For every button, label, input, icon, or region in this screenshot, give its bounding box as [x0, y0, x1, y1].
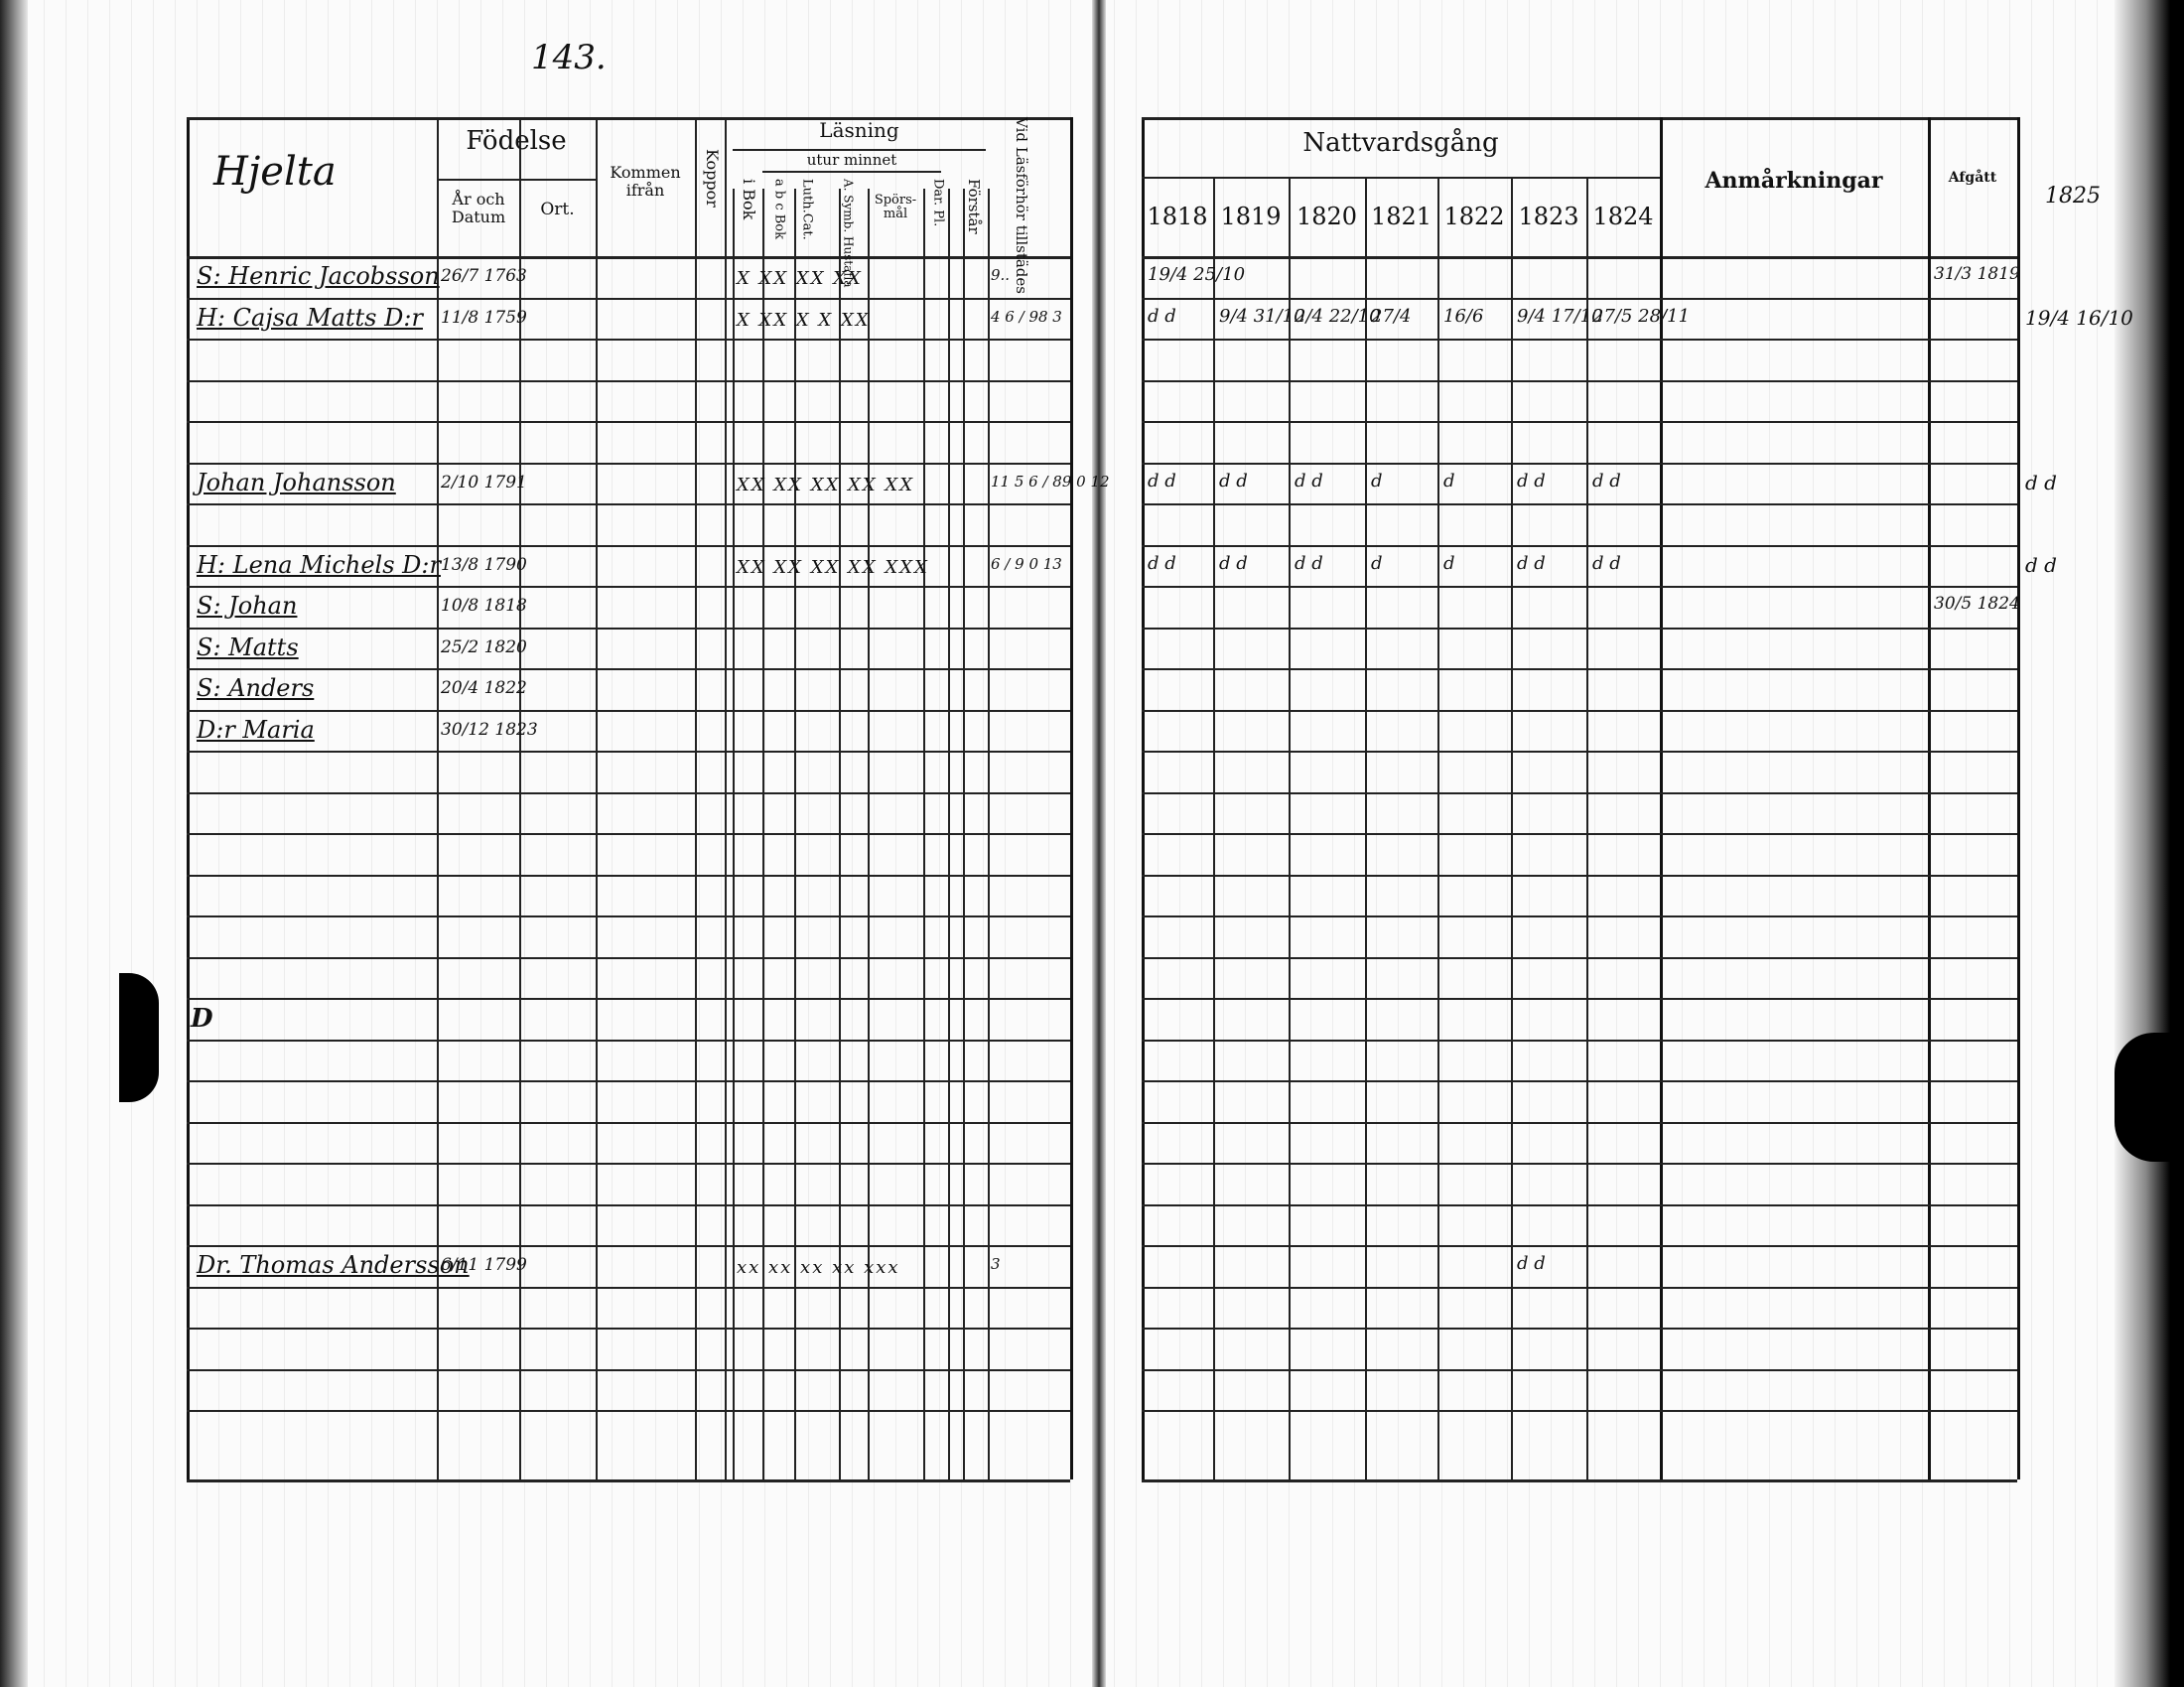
left-row-rule: [187, 421, 1070, 423]
right-row-rule: [1142, 586, 2017, 588]
left-row-rule: [187, 339, 1070, 341]
communion-entry-1818: d d: [1148, 553, 1176, 574]
right-row-rule: [1142, 915, 2017, 917]
right-row-rule: [1142, 421, 2017, 423]
entry-name: S: Johan: [197, 592, 297, 620]
utur-minnet-sub-rule: [762, 171, 941, 173]
right-row-rule: [1142, 339, 2017, 341]
communion-entry-1820: d d: [1295, 553, 1323, 574]
header-anmarkningar: Anmårkningar: [1660, 169, 1928, 193]
communion-entry-1821: d: [1371, 553, 1383, 574]
right-row-rule: [1142, 503, 2017, 505]
left-row-rule: [187, 1369, 1070, 1371]
header-sporsmal: Spörs-mål: [868, 194, 923, 222]
left-row-rule: [187, 833, 1070, 835]
communion-entry-1822: 16/6: [1443, 306, 1483, 327]
right-col-divider: [1586, 177, 1588, 1479]
right-edge-shadow: [2115, 0, 2184, 1687]
left-edge-shadow: [0, 0, 28, 1687]
header-year-1820: 1820: [1289, 204, 1365, 229]
binding-tab-right: [2115, 1033, 2184, 1162]
right-row-rule: [1142, 875, 2017, 877]
right-row-rule: [1142, 1163, 2017, 1165]
entry-birth-date: 13/8 1790: [441, 555, 527, 575]
left-bottom-rule: [187, 1479, 1070, 1482]
entry-birth-date: 10/8 1818: [441, 596, 527, 616]
left-row-rule: [187, 710, 1070, 712]
right-margin-note: 19/4 16/10: [2025, 306, 2133, 330]
header-afgatt: Afgått: [1928, 171, 2017, 186]
entry-birth-date: 20/4 1822: [441, 678, 527, 698]
left-row-rule: [187, 380, 1070, 382]
right-row-rule: [1142, 998, 2017, 1000]
right-bottom-rule: [1142, 1479, 2017, 1482]
communion-entry-1823: d d: [1517, 1253, 1546, 1274]
left-row-rule: [187, 998, 1070, 1000]
entry-birth-date: 2/10 1791: [441, 473, 527, 492]
header-year-1818: 1818: [1142, 204, 1213, 229]
entry-name: S: Matts: [197, 633, 299, 661]
left-row-rule: [187, 1122, 1070, 1124]
header-fodelse: Födelse: [437, 127, 596, 156]
entry-reading-marks: X XX XX XX: [737, 268, 863, 289]
communion-entry-1820: d d: [1295, 471, 1323, 492]
communion-entry-1819: d d: [1219, 553, 1248, 574]
right-row-rule: [1142, 298, 2017, 300]
left-border: [187, 117, 190, 1479]
communion-entry-1818: 19/4 25/10: [1148, 264, 1245, 285]
left-row-rule: [187, 1204, 1070, 1206]
communion-entry-1822: d: [1443, 471, 1455, 492]
entry-birth-date: 30/12 1823: [441, 720, 538, 740]
left-row-rule: [187, 792, 1070, 794]
entry-lasforhor-attendance: 3: [991, 1255, 1001, 1273]
left-col-divider: [596, 117, 598, 1479]
right-row-rule: [1142, 833, 2017, 835]
left-row-rule: [187, 1328, 1070, 1330]
left-row-rule: [187, 1163, 1070, 1165]
right-margin-note: d d: [2025, 471, 2057, 494]
right-row-rule: [1142, 1245, 2017, 1247]
right-row-rule: [1142, 1410, 2017, 1412]
left-row-rule: [187, 628, 1070, 630]
communion-entry-1820: 2/4 22/10: [1295, 306, 1381, 327]
communion-entry-1822: d: [1443, 553, 1455, 574]
right-row-rule: [1142, 668, 2017, 670]
communion-entry-1818: d d: [1148, 471, 1176, 492]
header-nattvardsgang: Nattvardsgång: [1142, 129, 1660, 158]
right-col-divider: [1437, 177, 1439, 1479]
entry-birth-date: 6/11 1799: [441, 1255, 527, 1275]
right-row-rule: [1142, 1080, 2017, 1082]
binding-tab-left: [119, 973, 159, 1102]
header-year-1821: 1821: [1365, 204, 1437, 229]
communion-entry-1819: 9/4 31/10: [1219, 306, 1305, 327]
header-year-1824: 1824: [1586, 204, 1660, 229]
left-row-rule: [187, 586, 1070, 588]
header-vid-lasforhor: Vid Läsförhör tillstädes: [1013, 117, 1028, 294]
right-header-rule: [1142, 256, 2017, 259]
right-row-rule: [1142, 1369, 2017, 1371]
left-row-rule: [187, 1080, 1070, 1082]
left-header-rule: [187, 256, 1070, 259]
entry-name: H: Cajsa Matts D:r: [197, 304, 423, 332]
right-col-divider: [1365, 177, 1367, 1479]
fodelse-sub-rule: [437, 179, 596, 181]
nattvard-sub-rule: [1142, 177, 1660, 179]
right-col-divider: [1511, 177, 1513, 1479]
right-row-rule: [1142, 545, 2017, 547]
left-col-divider: [725, 117, 727, 1479]
header-ar-och-datum: År och Datum: [439, 191, 518, 225]
right-row-rule: [1142, 1204, 2017, 1206]
communion-entry-1819: d d: [1219, 471, 1248, 492]
register-spread: 143. 1825 HjeltaFödelseÅr och DatumOrt.K…: [0, 0, 2184, 1687]
right-row-rule: [1142, 792, 2017, 794]
entry-name: D:r Maria: [197, 716, 315, 744]
left-row-rule: [187, 957, 1070, 959]
left-row-rule: [187, 751, 1070, 753]
right-row-rule: [1142, 710, 2017, 712]
header-utur-minnet: utur minnet: [762, 152, 941, 169]
left-row-rule: [187, 298, 1070, 300]
entry-lasforhor-attendance: 6 / 9 0 13: [991, 555, 1062, 573]
header-i-bok: i Bok: [740, 179, 756, 219]
header-abc-bok: a b c Bok: [772, 179, 786, 239]
entry-reading-marks: X XX X X XX: [737, 310, 871, 331]
header-luth-cat: Luth.Cat.: [800, 179, 814, 240]
entry-name: S: Anders: [197, 674, 314, 702]
entry-reading-marks: xx xx xx xx xxx: [737, 1257, 900, 1278]
entry-reading-marks: XX XX XX XX XX: [737, 475, 914, 495]
communion-entry-1824: d d: [1592, 471, 1621, 492]
entry-birth-date: 26/7 1763: [441, 266, 527, 286]
left-right-border: [1070, 117, 1073, 1479]
right-right-border: [2017, 117, 2020, 1479]
margin-year: 1825: [2045, 184, 2101, 209]
right-row-rule: [1142, 463, 2017, 465]
header-year-1823: 1823: [1511, 204, 1586, 229]
left-row-rule: [187, 463, 1070, 465]
communion-entry-1823: 9/4 17/10: [1517, 306, 1603, 327]
right-row-rule: [1142, 1328, 2017, 1330]
header-dar-pl: Dar. Pl.: [931, 179, 945, 226]
left-row-rule: [187, 668, 1070, 670]
header-forstar: Förstår: [965, 179, 981, 234]
entry-reading-marks: XX XX XX XX XXX: [737, 557, 929, 578]
section-title: Hjelta: [213, 149, 337, 195]
right-row-rule: [1142, 957, 2017, 959]
left-row-rule: [187, 1287, 1070, 1289]
entry-name: Johan Johansson: [197, 469, 396, 496]
entry-lasforhor-attendance: 4 6 / 98 3: [991, 308, 1062, 326]
right-left-border: [1142, 117, 1145, 1479]
entry-name: Dr. Thomas Andersson: [197, 1251, 470, 1279]
afgatt-entry: 30/5 1824: [1934, 594, 2020, 614]
right-top-rule: [1142, 117, 2017, 120]
right-row-rule: [1142, 380, 2017, 382]
entry-name: S: Henric Jacobsson: [197, 262, 440, 290]
left-row-rule: [187, 915, 1070, 917]
right-row-rule: [1142, 1287, 2017, 1289]
entry-birth-date: 11/8 1759: [441, 308, 527, 328]
right-margin-note: d d: [2025, 553, 2057, 577]
communion-entry-1823: d d: [1517, 553, 1546, 574]
left-col-divider: [695, 117, 697, 1479]
left-row-rule: [187, 1245, 1070, 1247]
header-koppor: Koppor: [703, 149, 720, 208]
right-col-divider: [1213, 177, 1215, 1479]
communion-entry-1823: d d: [1517, 471, 1546, 492]
afgatt-entry: 31/3 1819: [1934, 264, 2020, 284]
communion-entry-1824: 27/5 28/11: [1592, 306, 1690, 327]
left-row-rule: [187, 503, 1070, 505]
left-row-rule: [187, 1040, 1070, 1042]
left-row-rule: [187, 875, 1070, 877]
communion-entry-1821: d: [1371, 471, 1383, 492]
entry-lasforhor-attendance: 9..: [991, 266, 1010, 284]
communion-entry-1824: d d: [1592, 553, 1621, 574]
right-col-divider: [1289, 177, 1291, 1479]
right-row-rule: [1142, 1040, 2017, 1042]
page-number: 143.: [531, 38, 607, 77]
right-col-divider: [1928, 117, 1931, 1479]
header-year-1822: 1822: [1437, 204, 1511, 229]
margin-mark: D: [191, 1004, 213, 1034]
right-row-rule: [1142, 751, 2017, 753]
entry-lasforhor-attendance: 11 5 6 / 89 0 12: [991, 473, 1110, 491]
right-row-rule: [1142, 1122, 2017, 1124]
communion-entry-1818: d d: [1148, 306, 1176, 327]
header-ort: Ort.: [519, 201, 596, 219]
header-lasning: Läsning: [733, 119, 986, 141]
entry-name: H: Lena Michels D:r: [197, 551, 441, 579]
header-year-1819: 1819: [1213, 204, 1289, 229]
left-row-rule: [187, 545, 1070, 547]
right-row-rule: [1142, 628, 2017, 630]
communion-entry-1821: 27/4: [1371, 306, 1411, 327]
book-gutter: [1092, 0, 1106, 1687]
entry-birth-date: 25/2 1820: [441, 637, 527, 657]
header-kommen-ifran: Kommen ifrån: [596, 164, 695, 199]
left-row-rule: [187, 1410, 1070, 1412]
